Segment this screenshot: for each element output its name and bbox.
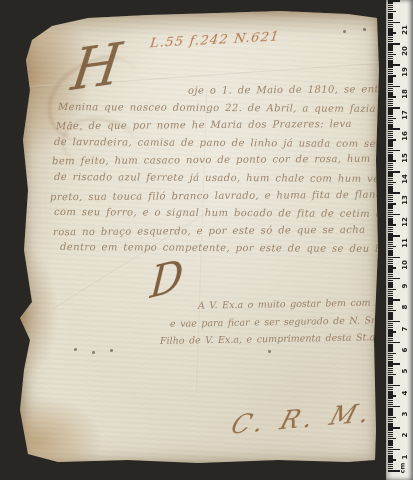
ruler-tick [388, 24, 393, 26]
ruler-tick [388, 248, 393, 250]
ruler-tick [388, 254, 393, 256]
ruler-tick [388, 436, 393, 438]
ruler-tick [388, 284, 393, 286]
ruler-tick [388, 135, 393, 137]
ruler-tick [388, 5, 393, 7]
ruler-tick [388, 167, 393, 169]
ruler-tick [388, 335, 393, 337]
ruler-tick [388, 421, 393, 423]
ruler-tick [388, 455, 393, 457]
ruler-tick [388, 37, 393, 39]
ruler-tick [388, 90, 393, 92]
ruler-tick [388, 17, 393, 19]
ruler-tick [388, 122, 393, 124]
ruler-number: 11 [399, 236, 411, 250]
ruler-tick [388, 323, 393, 325]
ruler-tick [388, 49, 393, 51]
ruler-tick [388, 41, 393, 43]
ruler-tick [388, 15, 393, 17]
ruler-tick [388, 265, 393, 267]
closing-line: Filho de V. Ex.a, e cumprimenta desta St… [160, 329, 392, 351]
ruler-tick [388, 188, 393, 190]
ruler-tick [388, 163, 393, 165]
pinhole [74, 348, 77, 351]
ruler-tick [388, 47, 393, 49]
ruler-tick [388, 470, 400, 472]
ruler-tick [388, 442, 393, 444]
ruler-tick [388, 212, 393, 214]
ruler-tick [388, 133, 393, 135]
ruler-tick [388, 414, 393, 416]
ruler-tick [388, 340, 393, 342]
ruler: cm 123456789101112131415161718192021 [386, 0, 413, 480]
ruler-tick [388, 39, 393, 41]
ruler-tick [388, 380, 393, 382]
ruler-tick [388, 66, 393, 68]
ruler-tick [388, 81, 393, 83]
ruler-tick [388, 271, 393, 273]
ruler-tick [388, 197, 393, 199]
ruler-tick [388, 7, 393, 9]
manuscript-line: com seu forro, e o signal hum bocado de … [54, 204, 380, 224]
ruler-tick [388, 58, 393, 60]
ruler-tick [388, 252, 393, 254]
top-edge-discoloration [18, 10, 380, 36]
archival-reference: L.55 f.242 N.621 [149, 30, 280, 52]
ruler-tick [388, 408, 393, 410]
ruler-tick [388, 218, 393, 220]
ruler-number: 6 [399, 343, 411, 357]
paper-speck [343, 30, 346, 33]
ruler-tick [388, 261, 393, 263]
ruler-tick [388, 404, 393, 406]
ruler-tick [388, 62, 393, 64]
ruler-tick [388, 370, 393, 372]
manuscript-line: dentro em tempo competente, por este de … [60, 239, 380, 259]
ruler-tick [388, 99, 393, 101]
ruler-tick [388, 412, 393, 414]
ruler-tick [388, 308, 393, 310]
letter-body: oje o 1. de Maio de 1810, se entregou es… [54, 82, 380, 258]
manuscript-line: Mãe, de que por nome he Maria dos Prazer… [56, 116, 380, 136]
ruler-tick [388, 378, 393, 380]
ruler-tick [388, 137, 393, 139]
paper-speck [363, 28, 366, 31]
ruler-tick [388, 237, 393, 239]
ruler-tick [388, 453, 393, 455]
ruler-tick [388, 116, 393, 118]
ruler-tick [388, 186, 393, 188]
ruler-tick [388, 329, 393, 331]
ruler-number: 10 [399, 258, 411, 272]
ruler-tick [388, 239, 393, 241]
ruler-tick [388, 316, 393, 318]
ruler-tick [388, 389, 393, 391]
ruler-tick [388, 293, 393, 295]
ruler-tick [388, 457, 393, 459]
ruler-tick [388, 432, 393, 434]
ruler-tick [388, 145, 393, 147]
manuscript-line: bem feito, hum casaco novo de ponto cor … [52, 151, 380, 171]
ruler-tick [388, 190, 393, 192]
photo-stage: L.55 f.242 N.621 H oje o 1. de Maio de 1… [0, 0, 413, 480]
ruler-tick [388, 109, 393, 111]
ruler-number: 18 [399, 87, 411, 101]
ruler-tick [388, 402, 393, 404]
ruler-tick [388, 231, 393, 233]
pinhole [110, 349, 113, 352]
ruler-tick [388, 210, 393, 212]
letter-closing: A V. Ex.a o muito gostar bem com quem e … [136, 296, 392, 349]
ruler-tick [388, 126, 393, 128]
ruler-tick [388, 468, 393, 470]
ruler-tick [388, 92, 393, 94]
ruler-tick [388, 368, 393, 370]
bottom-left-stain [10, 396, 102, 472]
ruler-tick [388, 291, 393, 293]
ruler-tick [388, 393, 393, 395]
ruler-number: 15 [399, 151, 411, 165]
ruler-tick [388, 154, 393, 156]
ruler-number: 21 [399, 23, 411, 37]
ruler-tick [388, 103, 393, 105]
ruler-tick [388, 359, 393, 361]
ruler-tick [388, 338, 393, 340]
ruler-tick [388, 30, 393, 32]
ruler-tick [388, 382, 393, 384]
ruler-tick [388, 263, 393, 265]
ruler-number: 19 [399, 65, 411, 79]
ruler-tick [388, 280, 393, 282]
ruler-tick [388, 199, 393, 201]
ruler-tick [388, 259, 393, 261]
ruler-number: 1 [399, 450, 411, 464]
ruler-tick [388, 372, 393, 374]
ruler-tick [388, 169, 393, 171]
ruler-tick [388, 387, 393, 389]
ruler-tick [388, 60, 393, 62]
ruler-tick [388, 440, 393, 442]
ruler-tick [388, 355, 393, 357]
ruler-tick [388, 461, 393, 463]
ruler-tick [388, 205, 393, 207]
ruler-tick [388, 77, 393, 79]
ruler-tick [388, 227, 393, 229]
ruler-number: 5 [399, 364, 411, 378]
ruler-tick [388, 56, 393, 58]
ruler-tick [388, 113, 393, 115]
ruler-tick [388, 391, 393, 393]
ruler-tick [388, 295, 393, 297]
ruler-tick [388, 148, 393, 150]
signature-initials: C. R. M. [228, 397, 379, 439]
ruler-tick [388, 397, 393, 399]
ruler-tick [388, 178, 393, 180]
ruler-tick [388, 45, 393, 47]
manuscript-line: de riscado azul ferrete já usado, hum ch… [54, 169, 380, 189]
ruler-tick [388, 111, 393, 113]
ruler-tick [388, 242, 393, 244]
ruler-tick [388, 350, 393, 352]
ruler-tick [388, 79, 393, 81]
ruler-number: 7 [399, 322, 411, 336]
ruler-tick [388, 173, 393, 175]
ruler-tick [388, 26, 393, 28]
ruler-tick [388, 175, 393, 177]
ruler-tick [388, 425, 393, 427]
ruler-number: 14 [399, 172, 411, 186]
ruler-tick [388, 306, 393, 308]
ruler-tick [388, 84, 393, 86]
ruler-tick [388, 333, 393, 335]
pinhole [268, 350, 271, 353]
ruler-tick [388, 165, 393, 167]
ruler-tick [388, 73, 393, 75]
ruler-tick [388, 297, 393, 299]
ruler-tick [388, 2, 393, 4]
pinhole [92, 351, 95, 354]
ruler-tick [388, 233, 393, 235]
ruler-tick [388, 201, 393, 203]
ruler-tick [388, 327, 393, 329]
ruler-tick [388, 152, 393, 154]
ruler-number: 16 [399, 129, 411, 143]
ruler-tick [388, 444, 393, 446]
ruler-tick [388, 94, 393, 96]
left-middle-stain [12, 248, 58, 378]
ruler-tick [388, 88, 393, 90]
ruler-tick [388, 131, 393, 133]
ruler-number: 9 [399, 279, 411, 293]
ruler-tick [388, 101, 393, 103]
ruler-tick [388, 13, 393, 15]
ruler-tick [388, 357, 393, 359]
ruler-tick [388, 344, 393, 346]
ruler-tick [388, 447, 393, 449]
manuscript-paper: L.55 f.242 N.621 H oje o 1. de Maio de 1… [18, 10, 380, 468]
ruler-tick [388, 9, 393, 11]
ruler-number: 17 [399, 108, 411, 122]
ruler-tick [388, 71, 393, 73]
ruler-number: 3 [399, 407, 411, 421]
ruler-tick [388, 419, 393, 421]
ruler-tick [388, 28, 393, 30]
ruler-tick [388, 301, 393, 303]
ruler-tick [388, 195, 393, 197]
ruler-tick [388, 303, 393, 305]
ruler-tick [388, 143, 393, 145]
ruler-tick [388, 365, 393, 367]
ruler-tick [388, 286, 393, 288]
ruler-tick [388, 376, 393, 378]
ruler-number: 2 [399, 428, 411, 442]
ruler-number: 13 [399, 193, 411, 207]
ruler-tick [388, 274, 393, 276]
ruler-tick [388, 466, 393, 468]
ruler-tick [388, 269, 393, 271]
ruler-tick [388, 69, 393, 71]
ruler-tick [388, 346, 393, 348]
ruler-tick [388, 220, 393, 222]
ruler-tick [388, 207, 393, 209]
manuscript-line: oje o 1. de Maio de 1810, se entregou es… [188, 81, 380, 100]
ruler-number: 12 [399, 215, 411, 229]
ruler-tick [388, 105, 393, 107]
ruler-tick [388, 124, 393, 126]
ruler-tick [388, 0, 400, 2]
ruler-tick [388, 229, 393, 231]
ruler-tick [388, 180, 393, 182]
ruler-tick [388, 156, 393, 158]
ruler-number: 8 [399, 300, 411, 314]
ruler-tick [388, 52, 393, 54]
ruler-tick [388, 222, 393, 224]
ruler-tick [388, 141, 393, 143]
ruler-number: 20 [399, 44, 411, 58]
ruler-tick [388, 464, 393, 466]
ruler-tick [388, 312, 393, 314]
ruler-tick [388, 120, 393, 122]
ruler-tick [388, 20, 393, 22]
ruler-tick [388, 348, 393, 350]
ruler-tick [388, 244, 393, 246]
ruler-number: 4 [399, 386, 411, 400]
ruler-tick [388, 434, 393, 436]
ruler-tick [388, 410, 393, 412]
ruler-tick [388, 282, 393, 284]
ruler-tick [388, 400, 393, 402]
ruler-tick [388, 250, 393, 252]
ruler-tick [388, 216, 393, 218]
ruler-tick [388, 325, 393, 327]
ruler-tick [388, 184, 393, 186]
ruler-tick [388, 34, 393, 36]
ruler-tick [388, 423, 393, 425]
ruler-tick [388, 318, 393, 320]
ruler-tick [388, 158, 393, 160]
ruler-tick [388, 314, 393, 316]
ruler-unit-label: cm [398, 463, 406, 474]
ruler-tick [388, 451, 393, 453]
ruler-tick [388, 276, 393, 278]
ruler-tick [388, 361, 393, 363]
ruler-tick [388, 429, 393, 431]
